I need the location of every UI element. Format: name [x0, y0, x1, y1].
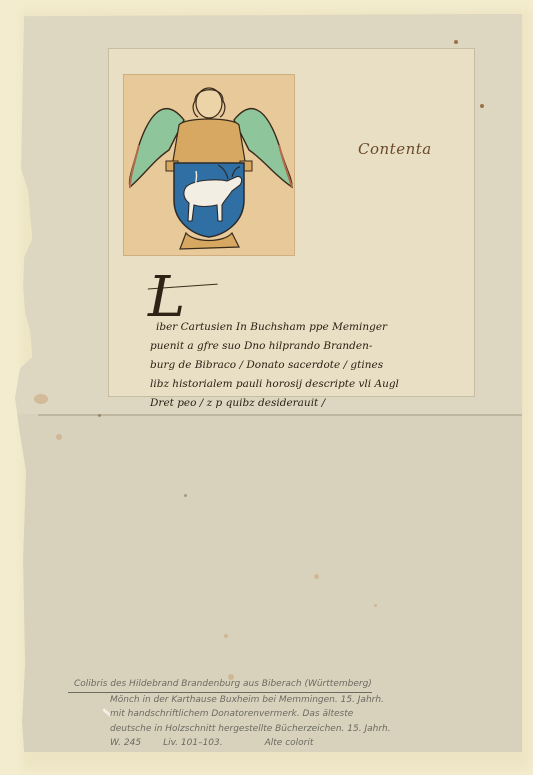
annotation-line: mit handschriftlichem Donatorenvermerk. … — [70, 707, 525, 722]
foxing-spot — [480, 104, 484, 108]
foxing-spot — [314, 574, 319, 579]
annotation-catalog-line: W. 245Liv. 101–103.Alte colorit — [70, 736, 525, 751]
colouring-note: Alte colorit — [265, 736, 314, 751]
manuscript-line: burg de Bibraco / Donato sacerdote / gti… — [150, 356, 470, 375]
foxing-spot — [34, 394, 48, 404]
foxing-spot — [454, 40, 458, 44]
foxing-spot — [184, 494, 187, 497]
woodcut-print — [123, 74, 295, 256]
manuscript-inscription: iber Cartusien In Buchsham ppe Meminger … — [150, 318, 470, 413]
pencil-annotation: Colibris des Hildebrand Brandenburg aus … — [70, 677, 525, 751]
foxing-spot — [98, 414, 101, 417]
manuscript-line: puenit a gfre suo Dno hilprando Branden- — [150, 337, 470, 356]
angel-with-shield-icon — [124, 75, 294, 255]
annotation-line: deutsche in Holzschnitt hergestellte Büc… — [70, 722, 525, 737]
catalog-number: W. 245 — [110, 736, 141, 751]
manuscript-line: libz historialem pauli horosij descripte… — [150, 375, 470, 394]
foxing-spot — [56, 434, 62, 440]
literature-reference: Liv. 101–103. — [163, 736, 223, 751]
marginal-note-contenta: Contenta — [358, 140, 432, 158]
annotation-line: Colibris des Hildebrand Brandenburg aus … — [68, 677, 372, 693]
manuscript-line: Dret peo / z p quibz desiderauit / — [150, 394, 470, 413]
manuscript-line: iber Cartusien In Buchsham ppe Meminger — [150, 318, 470, 337]
annotation-line: Mönch in der Karthause Buxheim bei Memmi… — [70, 693, 525, 708]
foxing-spot — [374, 604, 377, 607]
fold-line — [38, 414, 522, 416]
foxing-spot — [224, 634, 228, 638]
